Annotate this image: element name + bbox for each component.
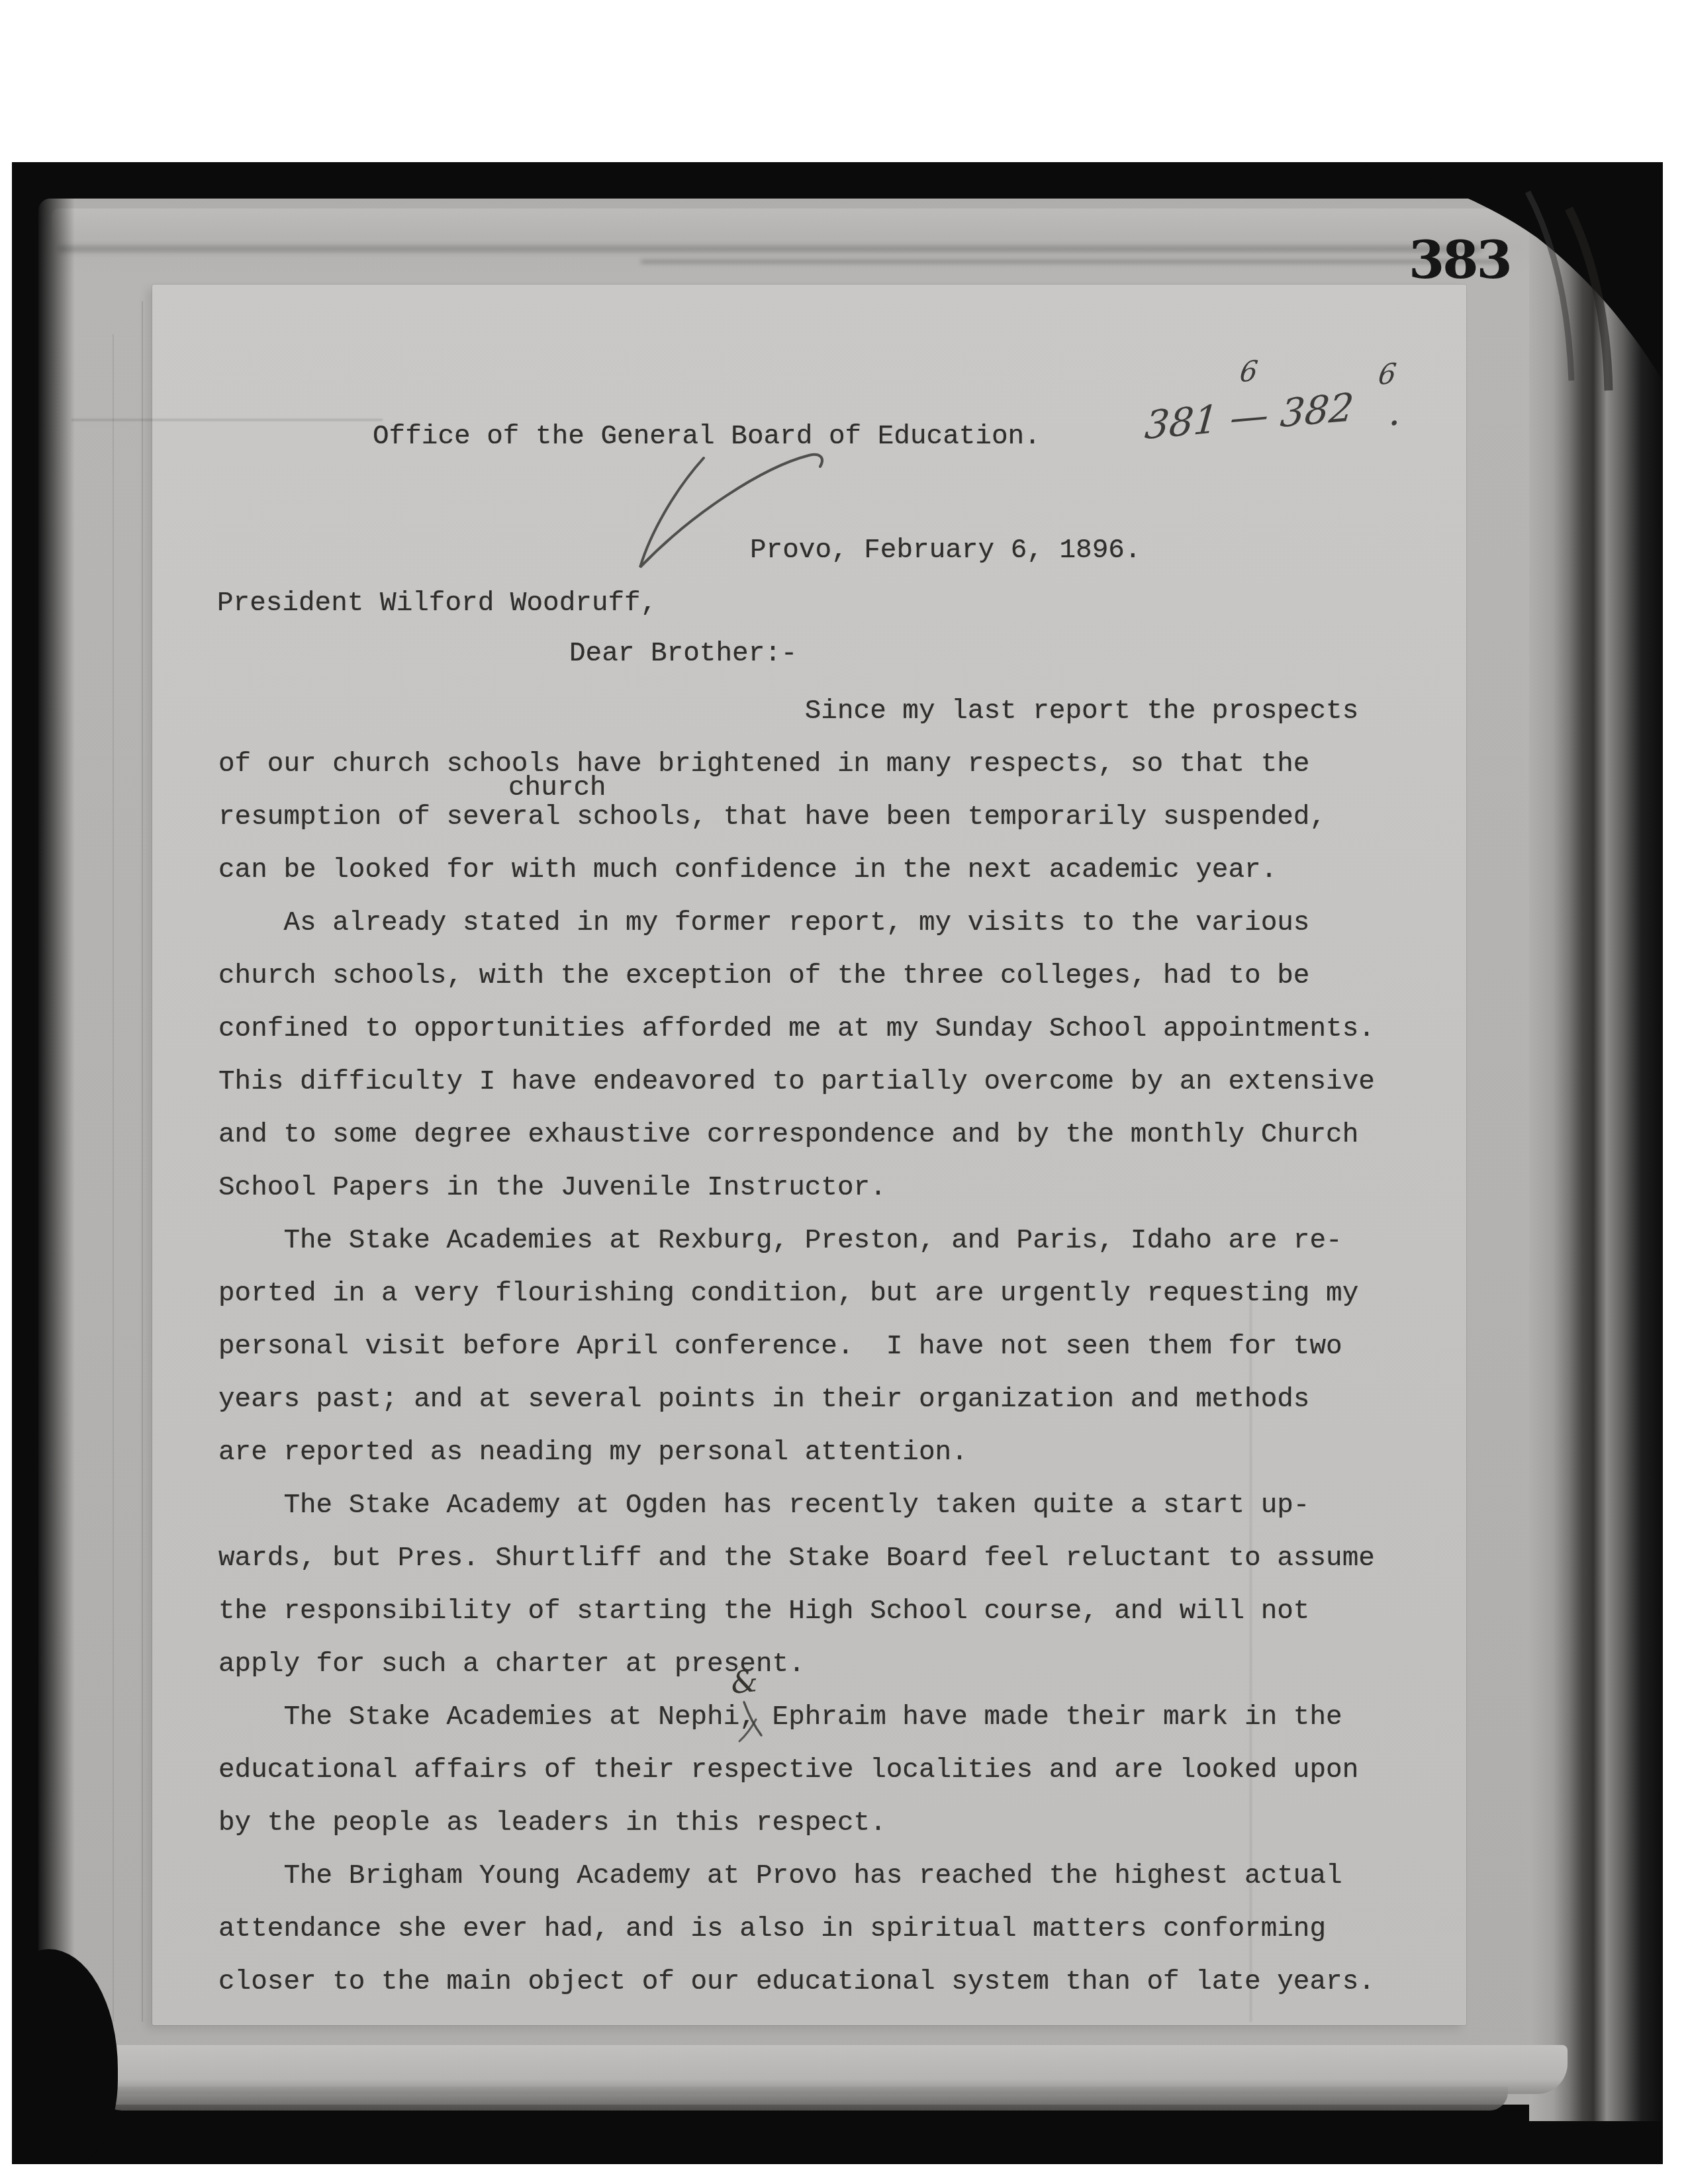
dateline: Provo, February 6, 1896. bbox=[750, 535, 1141, 566]
typed-line: church schools, with the exception of th… bbox=[218, 950, 1375, 1003]
interlined-word: church bbox=[508, 773, 606, 803]
handwritten-ampersand: & bbox=[729, 1662, 759, 1701]
typed-line: ported in a very flourishing condition, … bbox=[218, 1267, 1375, 1320]
letter-body: Since my last report the prospectsof our… bbox=[218, 685, 1375, 2009]
typed-line: personal visit before April conference. … bbox=[218, 1320, 1375, 1373]
typed-line: and to some degree exhaustive correspond… bbox=[218, 1109, 1375, 1161]
typed-line: apply for such a charter at present. bbox=[218, 1638, 1375, 1691]
typed-line: closer to the main object of our educati… bbox=[218, 1956, 1375, 2009]
typed-line: confined to opportunities afforded me at… bbox=[218, 1003, 1375, 1056]
typed-line: are reported as neading my personal atte… bbox=[218, 1426, 1375, 1479]
letterhead: Office of the General Board of Education… bbox=[373, 422, 1041, 452]
typed-line: The Brigham Young Academy at Provo has r… bbox=[218, 1850, 1375, 1903]
typed-line: educational affairs of their respective … bbox=[218, 1744, 1375, 1797]
typed-line: The Stake Academy at Ogden has recently … bbox=[218, 1479, 1375, 1532]
typed-line: This difficulty I have endeavored to par… bbox=[218, 1056, 1375, 1109]
typed-line: years past; and at several points in the… bbox=[218, 1373, 1375, 1426]
salutation: Dear Brother:- bbox=[569, 639, 797, 669]
typed-line: resumption of several schools, that have… bbox=[218, 791, 1375, 844]
under-sheet-top-edge bbox=[71, 419, 383, 421]
scanned-document-page: 383 6 381 — 382 6 . Office of the Genera… bbox=[0, 0, 1688, 2184]
typed-line: School Papers in the Juvenile Instructor… bbox=[218, 1161, 1375, 1214]
typed-line: by the people as leaders in this respect… bbox=[218, 1797, 1375, 1850]
typed-line: wards, but Pres. Shurtliff and the Stake… bbox=[218, 1532, 1375, 1585]
typed-line: Since my last report the prospects bbox=[218, 685, 1375, 738]
typed-line: The Stake Academies at Nephi, Ephraim ha… bbox=[218, 1691, 1375, 1744]
handwritten-period: . bbox=[1385, 388, 1401, 434]
under-sheet-edge-2 bbox=[142, 301, 143, 2022]
typed-line: can be looked for with much confidence i… bbox=[218, 844, 1375, 897]
handwritten-superscript-6-left: 6 bbox=[1238, 354, 1260, 388]
handwritten-page-range: 381 — 382 bbox=[1143, 385, 1356, 448]
typed-line: of our church schools have brightened in… bbox=[218, 738, 1375, 791]
recipient-line: President Wilford Woodruff, bbox=[217, 588, 657, 619]
typed-line: The Stake Academies at Rexburg, Preston,… bbox=[218, 1214, 1375, 1267]
typed-line: attendance she ever had, and is also in … bbox=[218, 1903, 1375, 1956]
typed-line: the responsibility of starting the High … bbox=[218, 1585, 1375, 1638]
handwritten-superscript-6-right: 6 bbox=[1376, 357, 1398, 391]
typed-line: As already stated in my former report, m… bbox=[218, 897, 1375, 950]
page-number: 383 bbox=[1409, 230, 1511, 291]
under-sheet-edge-1 bbox=[113, 334, 114, 2022]
